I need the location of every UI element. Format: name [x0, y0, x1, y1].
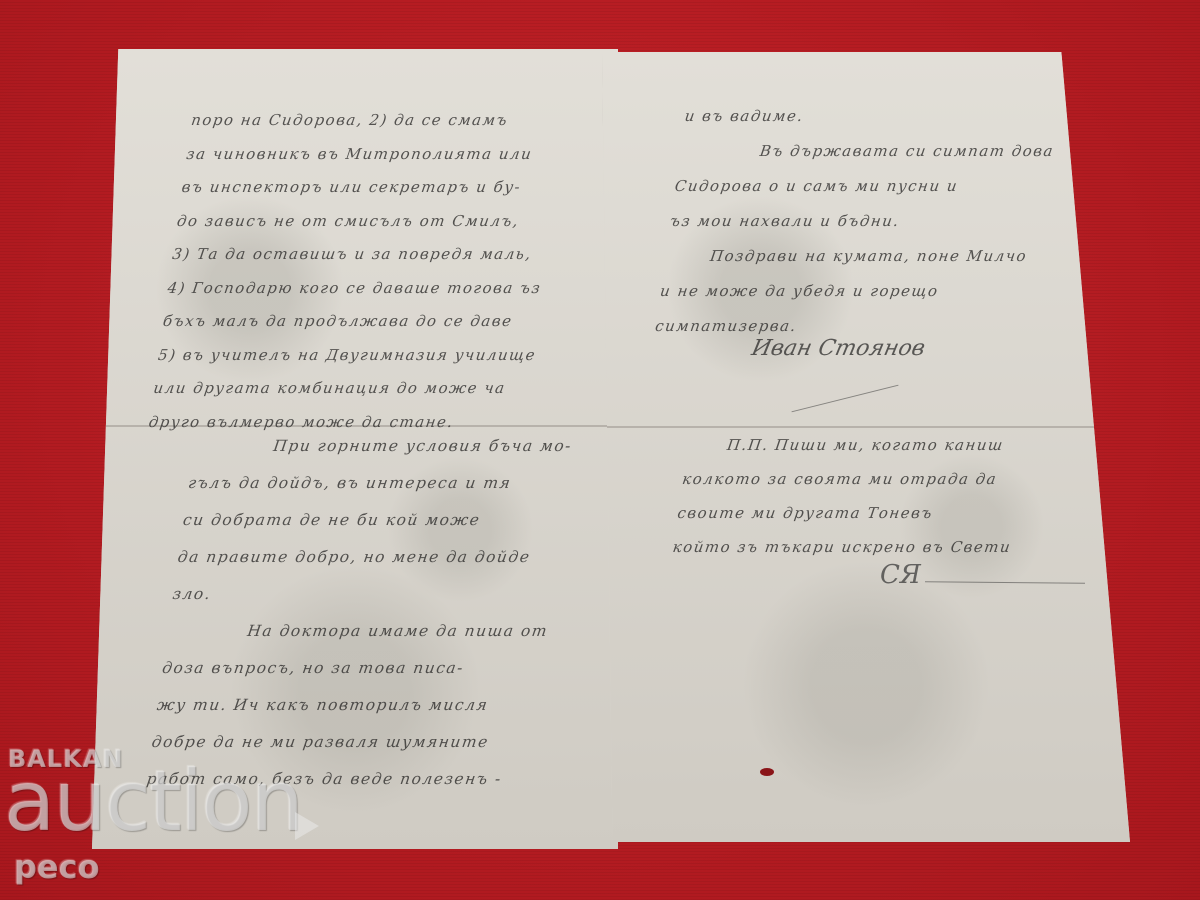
watermark-arrow-icon: [295, 812, 319, 840]
handwritten-line: При горните условия бъча мо-: [191, 428, 577, 465]
handwritten-line: На доктора имаме да пиша от: [165, 613, 551, 650]
handwritten-line: 5) въ учителъ на Двугимназия училище: [156, 339, 539, 373]
handwritten-line: поро на Сидорова, 2) да се смамъ: [189, 104, 572, 138]
handwritten-line: колкото за своята ми отрада да: [680, 462, 1023, 496]
handwritten-line: до зависъ не от смисълъ от Смилъ,: [175, 205, 558, 239]
handwritten-line: Сидорова о и самъ ми пусни и: [672, 169, 1051, 204]
handwritten-line: и въ вадиме.: [682, 99, 1061, 134]
handwritten-line: бъхъ малъ да продължава до се даве: [161, 305, 544, 339]
handwritten-line: жу ти. Ич какъ повторилъ мисля: [154, 687, 540, 724]
handwritten-line: си добрата де не би кой може: [180, 502, 566, 539]
handwritten-line: който зъ тъкари искрено въ Свети: [670, 530, 1013, 564]
handwritten-line: Въ държавата си симпат дова: [677, 134, 1056, 169]
watermark-seller: peco: [14, 848, 100, 886]
paper-hole: [760, 768, 774, 776]
monogram-signature: СЯ: [880, 560, 921, 590]
handwritten-line: въ инспекторъ или секретаръ и бу-: [179, 171, 562, 205]
watermark-auction: auction: [4, 752, 302, 850]
signature: Иван Стоянов: [749, 336, 927, 361]
handwritten-line: и не може да убедя и горещо: [658, 274, 1037, 309]
right-page-top-text: и въ вадиме. Въ държавата си симпат дова…: [653, 99, 1062, 344]
handwritten-line: за чиновникъ въ Митрополията или: [184, 138, 567, 172]
handwritten-line: 3) Та да оставишъ и за повредя маль,: [170, 238, 553, 272]
handwritten-line: ъз мои нахвали и бъдни.: [668, 204, 1047, 239]
handwritten-line: П.П. Пиши ми, когато каниш: [685, 428, 1028, 462]
handwritten-line: гълъ да дойдъ, въ интереса и тя: [186, 465, 572, 502]
left-page-top-text: поро на Сидорова, 2) да се смамъ за чино…: [146, 104, 571, 439]
handwritten-line: Поздрави на кумата, поне Милчо: [663, 239, 1042, 274]
left-page-bottom-text: При горните условия бъча мо- гълъ да дой…: [144, 428, 577, 798]
handwritten-line: или другата комбинация до може ча: [151, 372, 534, 406]
handwritten-line: 4) Господарю кого се даваше тогова ъз: [165, 272, 548, 306]
handwritten-line: доза въпросъ, но за това писа-: [160, 650, 546, 687]
handwritten-line: своите ми другата Тоневъ: [675, 496, 1018, 530]
handwritten-line: да правите добро, но мене да дойде: [175, 539, 561, 576]
right-page-bottom-text: П.П. Пиши ми, когато каниш колкото за св…: [670, 428, 1028, 564]
handwritten-line: зло.: [170, 576, 556, 613]
